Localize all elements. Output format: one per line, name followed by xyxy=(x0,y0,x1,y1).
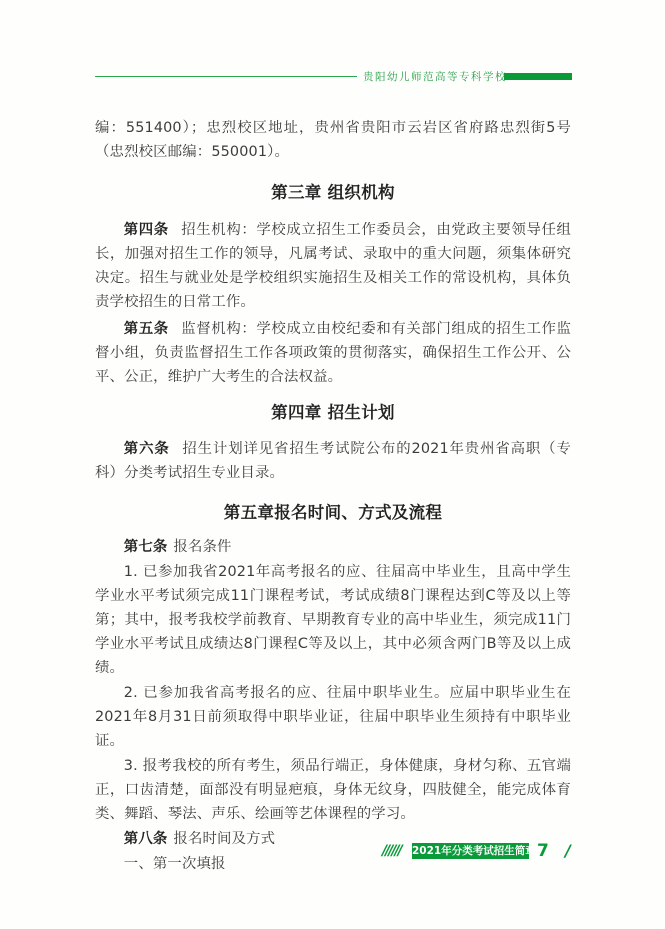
chapter-4-heading: 第四章 招生计划 xyxy=(95,401,571,425)
article-7-title: 报名条件 xyxy=(173,539,231,555)
article-6: 第六条招生计划详见省招生考试院公布的2021年贵州省高职（专科）分类考试招生专业… xyxy=(95,437,571,485)
footer-trailing-slash: / xyxy=(565,840,571,862)
article-4-label: 第四条 xyxy=(124,222,169,238)
article-8-title: 报名时间及方式 xyxy=(173,831,275,847)
article-7-label: 第七条 xyxy=(124,539,168,555)
article-7-item-1: 1. 已参加我省2021年高考报名的应、往届高中毕业生，且高中学生学业水平考试须… xyxy=(95,560,571,680)
chapter-3-heading: 第三章 组织机构 xyxy=(95,181,571,205)
article-4: 第四条招生机构：学校成立招生工作委员会，由党政主要领导任组长，加强对招生工作的领… xyxy=(95,218,571,314)
article-6-label: 第六条 xyxy=(124,441,170,457)
article-7-item-2: 2. 已参加我省高考报名的应、往届中职毕业生。应届中职毕业生在2021年8月31… xyxy=(95,681,571,753)
page-header: 贵阳幼儿师范高等专科学校 xyxy=(95,70,572,84)
page-number: 7 xyxy=(537,840,549,862)
header-school-name: 贵阳幼儿师范高等专科学校 xyxy=(363,70,507,84)
article-7: 第七条报名条件 xyxy=(95,535,571,559)
footer-brochure-label: 2021年分类考试招生简章 xyxy=(412,843,529,859)
article-7-item-3: 3. 报考我校的所有考生，须品行端正，身体健康，身材匀称、五官端正，口齿清楚，面… xyxy=(95,754,571,826)
footer-slash-decoration: ////// xyxy=(382,841,401,861)
header-rule xyxy=(95,76,357,77)
article-8-label: 第八条 xyxy=(124,831,168,847)
header-accent-bar xyxy=(504,73,572,80)
chapter-5-heading: 第五章报名时间、方式及流程 xyxy=(95,501,571,525)
article-5: 第五条监督机构：学校成立由校纪委和有关部门组成的招生工作监督小组，负责监督招生工… xyxy=(95,317,571,389)
continuation-paragraph: 编：551400）；忠烈校区地址，贵州省贵阳市云岩区省府路忠烈街5号（忠烈校区邮… xyxy=(95,116,571,164)
document-body: 编：551400）；忠烈校区地址，贵州省贵阳市云岩区省府路忠烈街5号（忠烈校区邮… xyxy=(95,116,571,876)
article-5-label: 第五条 xyxy=(124,321,169,337)
